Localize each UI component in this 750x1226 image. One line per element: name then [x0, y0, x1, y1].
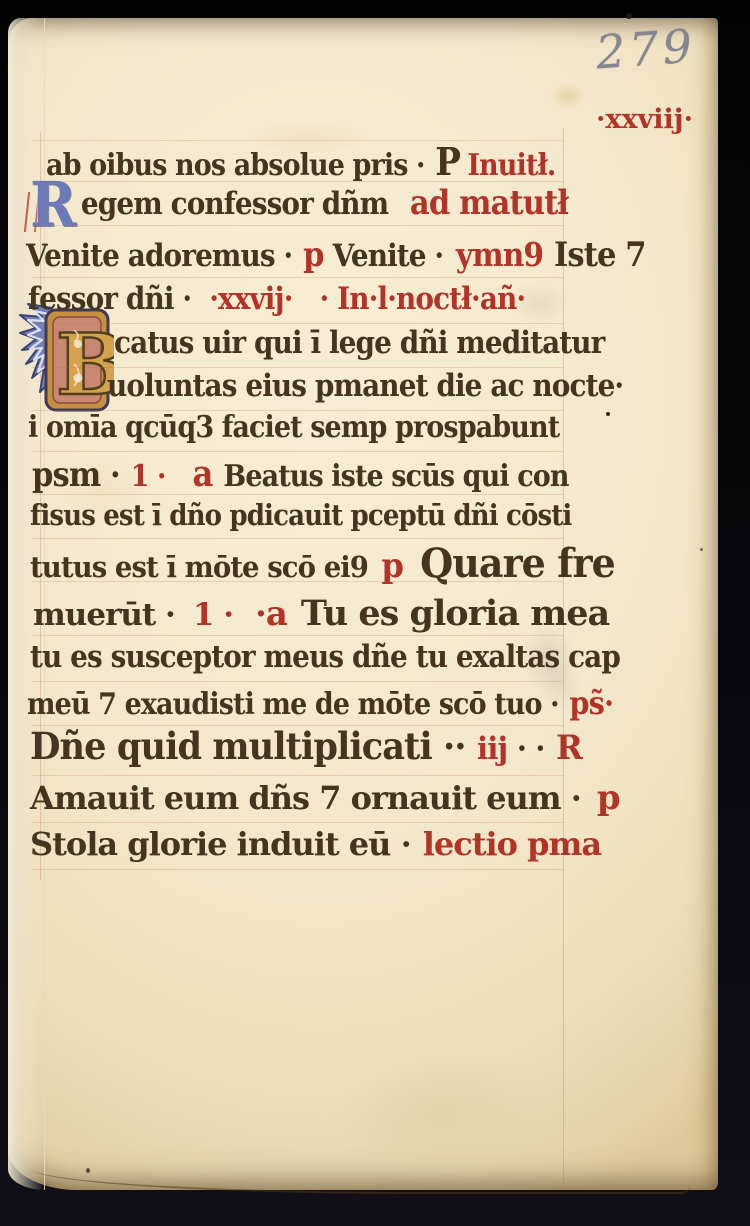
- folio-number-roman: ·xxviij·: [596, 104, 693, 135]
- ink-speck: [606, 412, 610, 416]
- margin-ruling-left: [40, 132, 41, 880]
- ruling-line: [32, 140, 563, 141]
- ink-speck: [626, 13, 632, 19]
- margin-ruling-right: [563, 128, 564, 1186]
- ink-speck: [700, 548, 703, 551]
- ink-speck: [86, 1168, 90, 1173]
- book-fore-edge: [713, 6, 750, 1214]
- initial-letter-B: B: [56, 315, 114, 414]
- pencil-folio-number: 279: [594, 19, 697, 80]
- illuminated-initial-B: B: [16, 302, 114, 418]
- parchment-page: [8, 18, 718, 1190]
- manuscript-photo: 279 ·xxviij· B ab oibus nos absolue pris…: [0, 0, 750, 1226]
- illuminated-initial-artwork: B: [16, 302, 114, 418]
